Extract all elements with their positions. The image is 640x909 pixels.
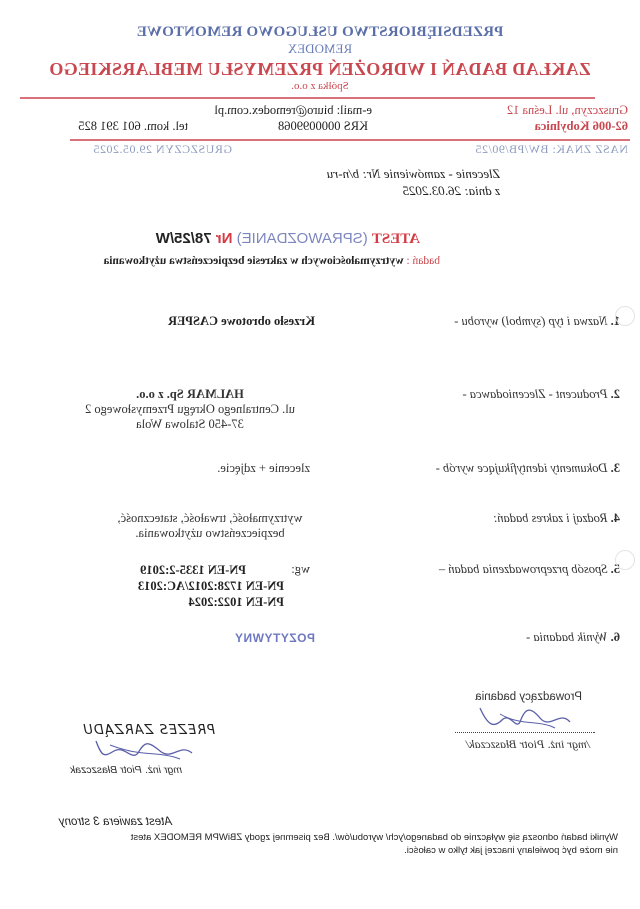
test-result: POZYTYWNY <box>234 631 315 645</box>
standard-2: PN-EN 1728:2012/AC:2013 <box>138 578 284 594</box>
title-report: (SPRAWOZDANIE) <box>237 230 368 247</box>
reference-number: NASZ ZNAK: BW/PB/90/25 <box>475 142 628 157</box>
section-2-number: 2. <box>611 387 620 401</box>
test-subject: badań : wytrzymałościowych w zakresie be… <box>104 255 440 267</box>
section-5-prefix: wg: <box>291 562 310 577</box>
email: e-mail: biuro@remodex.com.pl <box>214 103 372 118</box>
scope-line1: wytrzymałość, trwałość, stateczność, <box>100 511 320 526</box>
section-3-value: zlecenie + zdjęcie. <box>217 461 310 476</box>
address-street: Gruszczyn, ul. Leśna 12 <box>507 103 628 118</box>
section-6-label: 6. Wynik badania - <box>526 630 620 645</box>
title-number: 78/25/W <box>156 230 212 247</box>
president-signature-icon <box>90 735 200 765</box>
standard-1: PN-EN 1335-2:2019 <box>138 562 284 578</box>
section-5-label-text: Sposób przeprowadzenia badań – <box>439 562 608 576</box>
place-date: GRUSZCZYN 29.05.2025 <box>93 142 232 157</box>
section-6-label-text: Wynik badania - <box>526 630 607 644</box>
section-3-number: 3. <box>611 461 620 475</box>
company-legal-form: Spółka z o.o. <box>0 80 640 92</box>
section-2-label: 2. Producent - Zleceniodawca - <box>463 387 620 402</box>
section-2-value: HALMAR Sp. z o.o. ul. Centralnego Okręgu… <box>70 387 310 432</box>
company-name-line2: REMODEX <box>0 41 640 57</box>
section-4-value: wytrzymałość, trwałość, stateczność, bez… <box>100 511 320 541</box>
subject-label: badań : <box>406 255 440 267</box>
document-page: PRZEDSIĘBIORSTWO USŁUGOWO REMONTOWE REMO… <box>0 0 640 909</box>
company-name-line3: ZAKŁAD BADAŃ I WDROŻEŃ PRZEMYSŁU MEBLARS… <box>0 59 640 80</box>
krs-number: KRS 0000099068 <box>278 119 368 134</box>
section-4-label-text: Rodzaj i zakres badań: <box>493 511 607 525</box>
president-name: mgr inż. Piotr Błaszczak <box>70 764 182 776</box>
punch-hole-bottom <box>615 550 635 570</box>
punch-hole-top <box>615 306 635 326</box>
disclaimer-line2: nie może być powielany inaczej jak tylko… <box>404 845 618 856</box>
section-1-label: 1. Nazwa i typ (symbol) wyrobu - <box>454 314 620 329</box>
lead-signature-line <box>455 732 595 733</box>
header-divider-bottom <box>70 139 630 141</box>
lead-signature-icon <box>470 700 580 735</box>
title-atest: ATEST <box>372 231 420 247</box>
lead-name: /mgr inż. Piotr Błaszczak/ <box>466 737 590 752</box>
section-4-number: 4. <box>611 511 620 525</box>
section-6-number: 6. <box>611 630 620 644</box>
producer-name: HALMAR Sp. z o.o. <box>70 387 310 402</box>
company-name-line1: PRZEDSIĘBIORSTWO USŁUGOWO REMONTOWE <box>0 24 640 41</box>
section-1-value: Krzesło obrotowe CASPER <box>168 314 315 329</box>
phone: tel. kom. 601 391 825 <box>78 119 188 134</box>
scope-line2: bezpieczeństwo użytkowania. <box>100 526 320 541</box>
section-5-value: PN-EN 1335-2:2019 PN-EN 1728:2012/AC:201… <box>138 562 284 610</box>
producer-city: 37-450 Stalowa Wola <box>70 417 310 432</box>
address-city: 62-006 Kobylnica <box>535 119 628 134</box>
document-title: ATEST (SPRAWOZDANIE) Nr 78/25/W <box>156 230 420 248</box>
section-3-label: 3. Dokumenty identyfikujące wyrób - <box>436 461 620 476</box>
standard-3: PN-EN 1022:2024 <box>138 594 284 610</box>
section-1-label-text: Nazwa i typ (symbol) wyrobu - <box>454 314 607 328</box>
header-divider-top <box>20 97 595 99</box>
order-date: z dnia: 26.03.2025 <box>403 183 501 199</box>
disclaimer-line1: Wyniki badań odnoszą się wyłącznie do ba… <box>131 832 618 843</box>
title-nr-label: Nr <box>216 230 233 247</box>
subject-text: wytrzymałościowych w zakresie bezpieczeń… <box>104 255 404 267</box>
section-5-label: 5. Sposób przeprowadzenia badań – <box>439 562 620 577</box>
page-count: Atest zawiera 3 strony <box>59 816 172 828</box>
section-4-label: 4. Rodzaj i zakres badań: <box>493 511 620 526</box>
section-2-label-text: Producent - Zleceniodawca - <box>463 387 608 401</box>
producer-street: ul. Centralnego Okręgu Przemysłowego 2 <box>70 402 310 417</box>
order-number: Zlecenie - zamówienie Nr: b/n-ru <box>327 166 500 182</box>
section-3-label-text: Dokumenty identyfikujące wyrób - <box>436 461 608 475</box>
